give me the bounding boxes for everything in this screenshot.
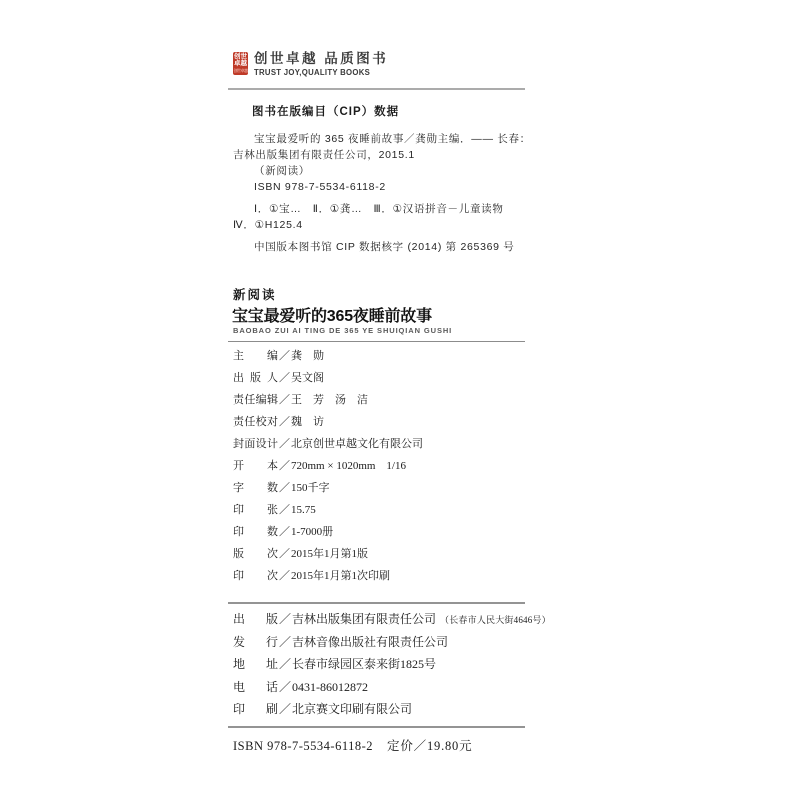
title-divider-rule (228, 341, 525, 342)
credit-value: 2015年1月第1次印刷 (291, 570, 390, 582)
slash-separator: ／ (279, 635, 291, 649)
slash-separator: ／ (279, 394, 290, 406)
cip-line-5: Ⅰ．①宝… Ⅱ．①龚… Ⅲ．①汉语拼音－儿童读物 (233, 201, 543, 217)
publisher-label: 印刷 (233, 703, 278, 715)
credit-row-publisher-person: 出版人／吴文阁 (233, 372, 533, 384)
publisher-value: 北京赛文印刷有限公司 (292, 702, 412, 716)
slash-separator: ／ (279, 526, 290, 538)
credit-value: 1-7000册 (291, 526, 333, 538)
slash-separator: ／ (279, 570, 290, 582)
credit-label: 责任编辑 (233, 394, 278, 406)
credit-label: 字数 (233, 482, 278, 494)
price-value: 19.80元 (427, 739, 472, 753)
credit-value: 2015年1月第1版 (291, 548, 368, 560)
slash-separator: ／ (279, 438, 290, 450)
credit-row-proofreader: 责任校对／魏 访 (233, 416, 533, 428)
publisher-row-address: 地址／长春市绿园区泰来街1825号 (233, 658, 543, 670)
credit-value: 吴文阁 (291, 372, 324, 384)
credit-row-edition: 版次／2015年1月第1版 (233, 548, 533, 560)
credit-label: 责任校对 (233, 416, 278, 428)
seal-characters: 创世卓越 (234, 53, 248, 67)
credit-label: 印数 (233, 526, 278, 538)
credit-value: 龚 勋 (291, 350, 324, 362)
publisher-address-note: （长春市人民大街4646号） (440, 615, 551, 625)
copyright-page: { "ui": { "slash": "／" }, "brand": { "se… (0, 0, 800, 800)
publisher-row-publisher: 出版／吉林出版集团有限责任公司（长春市人民大街4646号） (233, 613, 543, 625)
credit-row-format: 开本／720mm × 1020mm 1/16 (233, 460, 533, 472)
publisher-label: 发行 (233, 636, 278, 648)
credit-row-chief-editor: 主编／龚 勋 (233, 350, 533, 362)
cip-heading: 图书在版编目（CIP）数据 (233, 104, 543, 120)
credit-value: 720mm × 1020mm 1/16 (291, 460, 406, 472)
publisher-value: 0431-86012872 (292, 680, 368, 694)
slash-separator: ／ (279, 680, 291, 694)
publisher-row-distributor: 发行／吉林音像出版社有限责任公司 (233, 636, 543, 648)
slash-separator: ／ (279, 657, 291, 671)
credit-row-word-count: 字数／150千字 (233, 482, 533, 494)
credit-row-cover-design: 封面设计／北京创世卓越文化有限公司 (233, 438, 533, 450)
seal-caption: 创世卓越 (233, 68, 248, 73)
footer-price: 定价／19.80元 (387, 739, 472, 753)
credit-value: 王 芳 汤 洁 (291, 394, 368, 406)
cip-line-3: （新阅读） (233, 163, 543, 179)
slash-separator: ／ (279, 612, 291, 626)
credit-row-print-run: 印数／1-7000册 (233, 526, 533, 538)
slash-separator: ／ (279, 548, 290, 560)
cip-block: 图书在版编目（CIP）数据 宝宝最爱听的 365 夜睡前故事／龚勋主编．—— 长… (233, 104, 543, 255)
slash-separator: ／ (279, 482, 290, 494)
publisher-label: 出版 (233, 613, 278, 625)
price-separator: ／ (414, 739, 427, 753)
brand-name-cn: 创世卓越 品质图书 (254, 52, 388, 66)
publisher-value: 吉林音像出版社有限责任公司 (292, 635, 448, 649)
credit-label: 开本 (233, 460, 278, 472)
credit-value: 北京创世卓越文化有限公司 (291, 438, 423, 450)
credit-row-impression: 印次／2015年1月第1次印刷 (233, 570, 533, 582)
credit-value: 15.75 (291, 504, 316, 516)
brand-name-en: TRUST JOY,QUALITY BOOKS (254, 68, 384, 77)
credit-row-sheets: 印张／15.75 (233, 504, 533, 516)
brand-logo: 创世卓越 创世卓越 创世卓越 品质图书 TRUST JOY,QUALITY BO… (233, 52, 388, 77)
publisher-value: 长春市绿园区泰来街1825号 (292, 657, 436, 671)
footer-divider-rule (228, 726, 525, 728)
publisher-row-printer: 印刷／北京赛文印刷有限公司 (233, 703, 543, 715)
cip-line-2: 吉林出版集团有限责任公司，2015.1 (233, 147, 543, 163)
slash-separator: ／ (279, 460, 290, 472)
footer: ISBN 978-7-5534-6118-2定价／19.80元 (233, 736, 472, 754)
credit-label: 主编 (233, 350, 278, 362)
credit-value: 魏 访 (291, 416, 324, 428)
credit-label: 印次 (233, 570, 278, 582)
slash-separator: ／ (279, 702, 291, 716)
brand-seal-icon: 创世卓越 创世卓越 (233, 52, 248, 75)
book-title-pinyin: BAOBAO ZUI AI TING DE 365 YE SHUIQIAN GU… (233, 326, 452, 335)
publisher-label: 地址 (233, 658, 278, 670)
publisher-divider-rule (228, 602, 525, 604)
credit-label: 印张 (233, 504, 278, 516)
cip-line-4: ISBN 978-7-5534-6118-2 (233, 179, 543, 195)
credit-label: 出版人 (233, 372, 278, 384)
publisher-block: 出版／吉林出版集团有限责任公司（长春市人民大街4646号） 发行／吉林音像出版社… (233, 613, 543, 726)
slash-separator: ／ (279, 416, 290, 428)
publisher-value: 吉林出版集团有限责任公司 (292, 612, 436, 626)
credits-block: 主编／龚 勋 出版人／吴文阁 责任编辑／王 芳 汤 洁 责任校对／魏 访 封面设… (233, 350, 533, 592)
header-divider-rule (228, 88, 525, 90)
book-title: 宝宝最爱听的365夜睡前故事 (232, 303, 432, 326)
credit-label: 封面设计 (233, 438, 278, 450)
price-label: 定价 (387, 739, 414, 753)
series-name: 新阅读 (233, 285, 277, 303)
cip-line-6: Ⅳ．①H125.4 (233, 217, 543, 233)
slash-separator: ／ (279, 504, 290, 516)
slash-separator: ／ (279, 350, 290, 362)
publisher-label: 电话 (233, 681, 278, 693)
credit-value: 150千字 (291, 482, 330, 494)
footer-isbn: ISBN 978-7-5534-6118-2 (233, 739, 373, 753)
credit-label: 版次 (233, 548, 278, 560)
brand-text: 创世卓越 品质图书 TRUST JOY,QUALITY BOOKS (254, 52, 388, 77)
credit-row-editor: 责任编辑／王 芳 汤 洁 (233, 394, 533, 406)
publisher-row-phone: 电话／0431-86012872 (233, 681, 543, 693)
cip-line-7: 中国版本图书馆 CIP 数据核字 (2014) 第 265369 号 (233, 239, 543, 255)
cip-line-1: 宝宝最爱听的 365 夜睡前故事／龚勋主编．—— 长春： (233, 131, 543, 147)
slash-separator: ／ (279, 372, 290, 384)
